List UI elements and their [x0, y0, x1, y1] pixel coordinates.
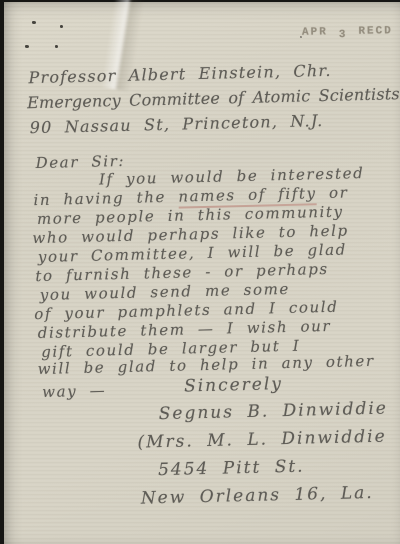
signature-line-3: 5454 Pitt St.	[158, 457, 305, 481]
body-line-2-pre: in having the	[33, 188, 178, 210]
signature-line-4: New Orleans 16, La.	[141, 483, 374, 509]
handwritten-content: Professor Albert Einstein, Chr. Emergenc…	[0, 0, 400, 544]
recipient-line-2: Emergency Committee of Atomic Scientists	[27, 84, 400, 112]
signature-line-2: (Mrs. M. L. Dinwiddie	[137, 427, 387, 453]
letter-page: APR 3 RECD Professor Albert Einstein, Ch…	[4, 2, 400, 544]
body-line-2-post: or	[316, 183, 348, 202]
body-line-12: way —	[42, 381, 106, 401]
closing: Sincerely	[184, 374, 283, 396]
signature-name: Segnus B. Dinwiddie	[159, 399, 389, 425]
recipient-line-3: 90 Nassau St, Princeton, N.J.	[29, 111, 323, 137]
recipient-line-1: Professor Albert Einstein, Chr.	[28, 61, 332, 87]
salutation: Dear Sir:	[35, 152, 125, 172]
